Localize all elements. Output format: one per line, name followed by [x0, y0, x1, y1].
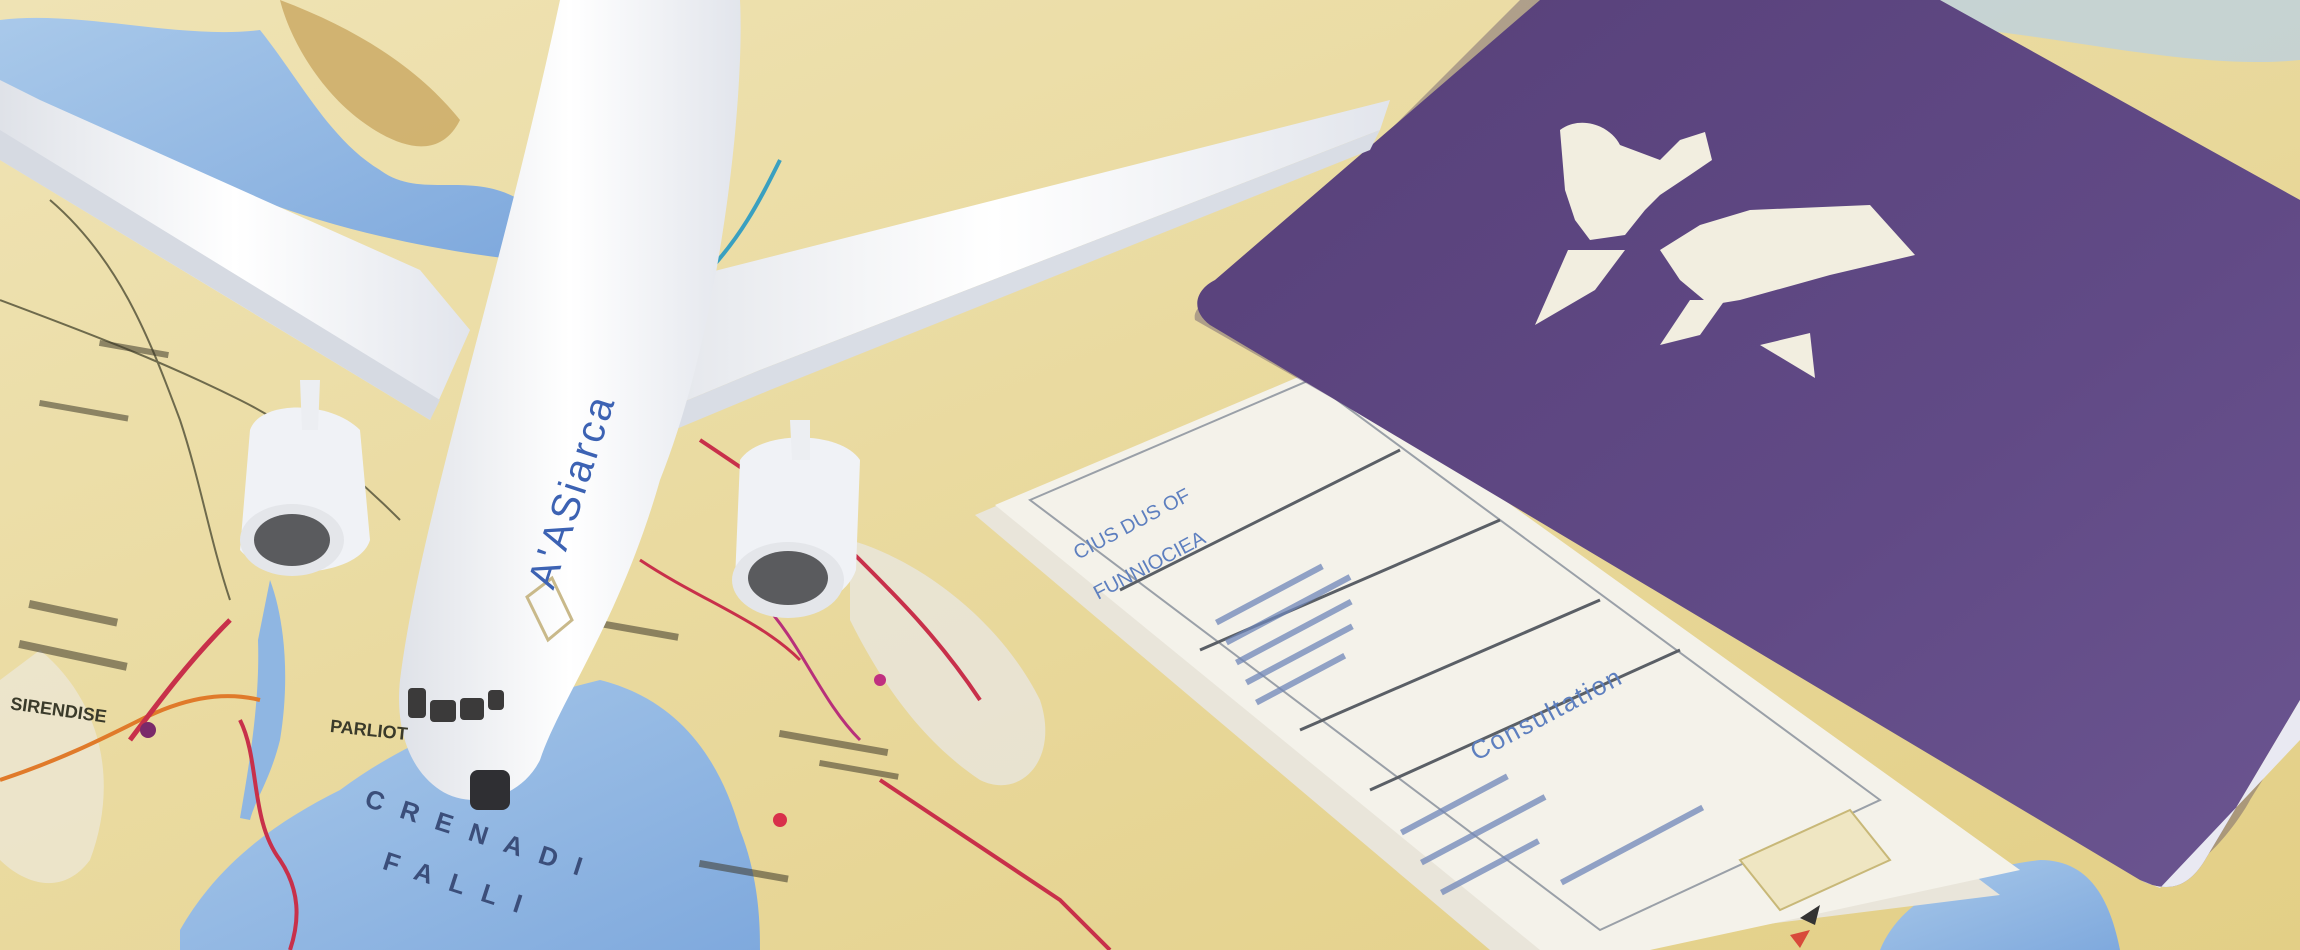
right-engine — [732, 420, 860, 618]
travel-scene: A'ASiarca CRENADI FALLI PARLIOT SIRENDIS… — [0, 0, 2300, 950]
map-background — [0, 0, 2300, 950]
